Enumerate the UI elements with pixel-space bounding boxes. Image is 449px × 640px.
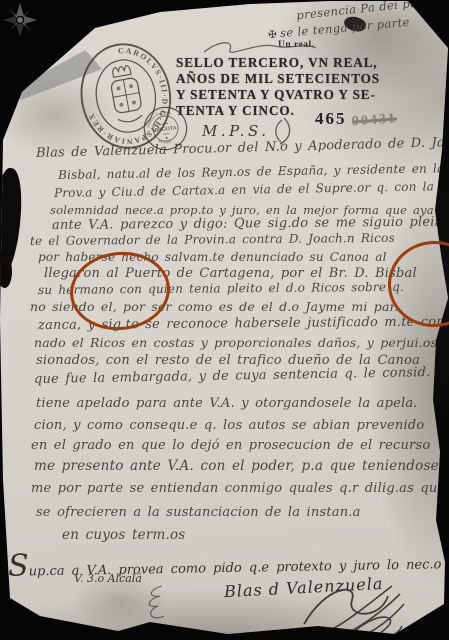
manuscript-line: me por parte se entiendan conmigo quales… <box>31 481 445 496</box>
crown-icon <box>112 65 131 77</box>
printed-heading: SELLO TERCERO, VN REAL, AÑOS DE MIL SETE… <box>176 55 448 119</box>
sheet-number: 465 <box>315 109 347 129</box>
document-photo: presencia Pa dei pa ✠se le tenga por par… <box>0 0 449 640</box>
crossed-out-number: 90431 <box>351 111 397 130</box>
manuscript-line: Bisbal, natu.al de los Reyn.os de España… <box>58 161 445 182</box>
manuscript-line: en cuyos term.os <box>62 527 185 543</box>
manuscript-line: tiene apelado para ante V.A. y otorgando… <box>36 396 418 411</box>
printed-line: SELLO TERCERO, VN REAL, <box>176 55 448 71</box>
manuscript-line: cion, y como consequ.e q. los autos se a… <box>34 418 424 433</box>
compass-rose-icon <box>0 0 40 40</box>
manuscript-line: que fue la embargada, y de cuya sentenci… <box>34 365 431 387</box>
manuscript-line: te el Governador de la Provin.a contra D… <box>30 231 395 248</box>
printed-line: TENTA Y CINCO. <box>176 103 448 119</box>
clerk-flourish <box>138 584 172 624</box>
archive-stamp-city: BOGOTA <box>154 125 177 134</box>
manuscript-line: en el grado en que lo dejó en prosecucio… <box>31 438 430 453</box>
signature-rubric <box>296 580 408 638</box>
printed-line: Y SETENTA Y QVATRO Y SE- <box>176 87 448 103</box>
manuscript-line: nado el Ricos en costas y proporcionales… <box>34 335 449 350</box>
manuscript-line: se ofrecieren a la sustanciacion de la i… <box>36 505 361 520</box>
manuscript-line: Prov.a y Ciu.d de Cartax.a en via de el … <box>54 179 449 200</box>
printed-line: AÑOS DE MIL SETECIENTOS <box>176 71 448 87</box>
clerk-note: V. 3.o Alcalá <box>74 572 142 585</box>
paper-sheet: presencia Pa dei pa ✠se le tenga por par… <box>0 0 449 640</box>
manuscript-line: me presento ante V.A. con el poder, p.a … <box>34 458 443 474</box>
